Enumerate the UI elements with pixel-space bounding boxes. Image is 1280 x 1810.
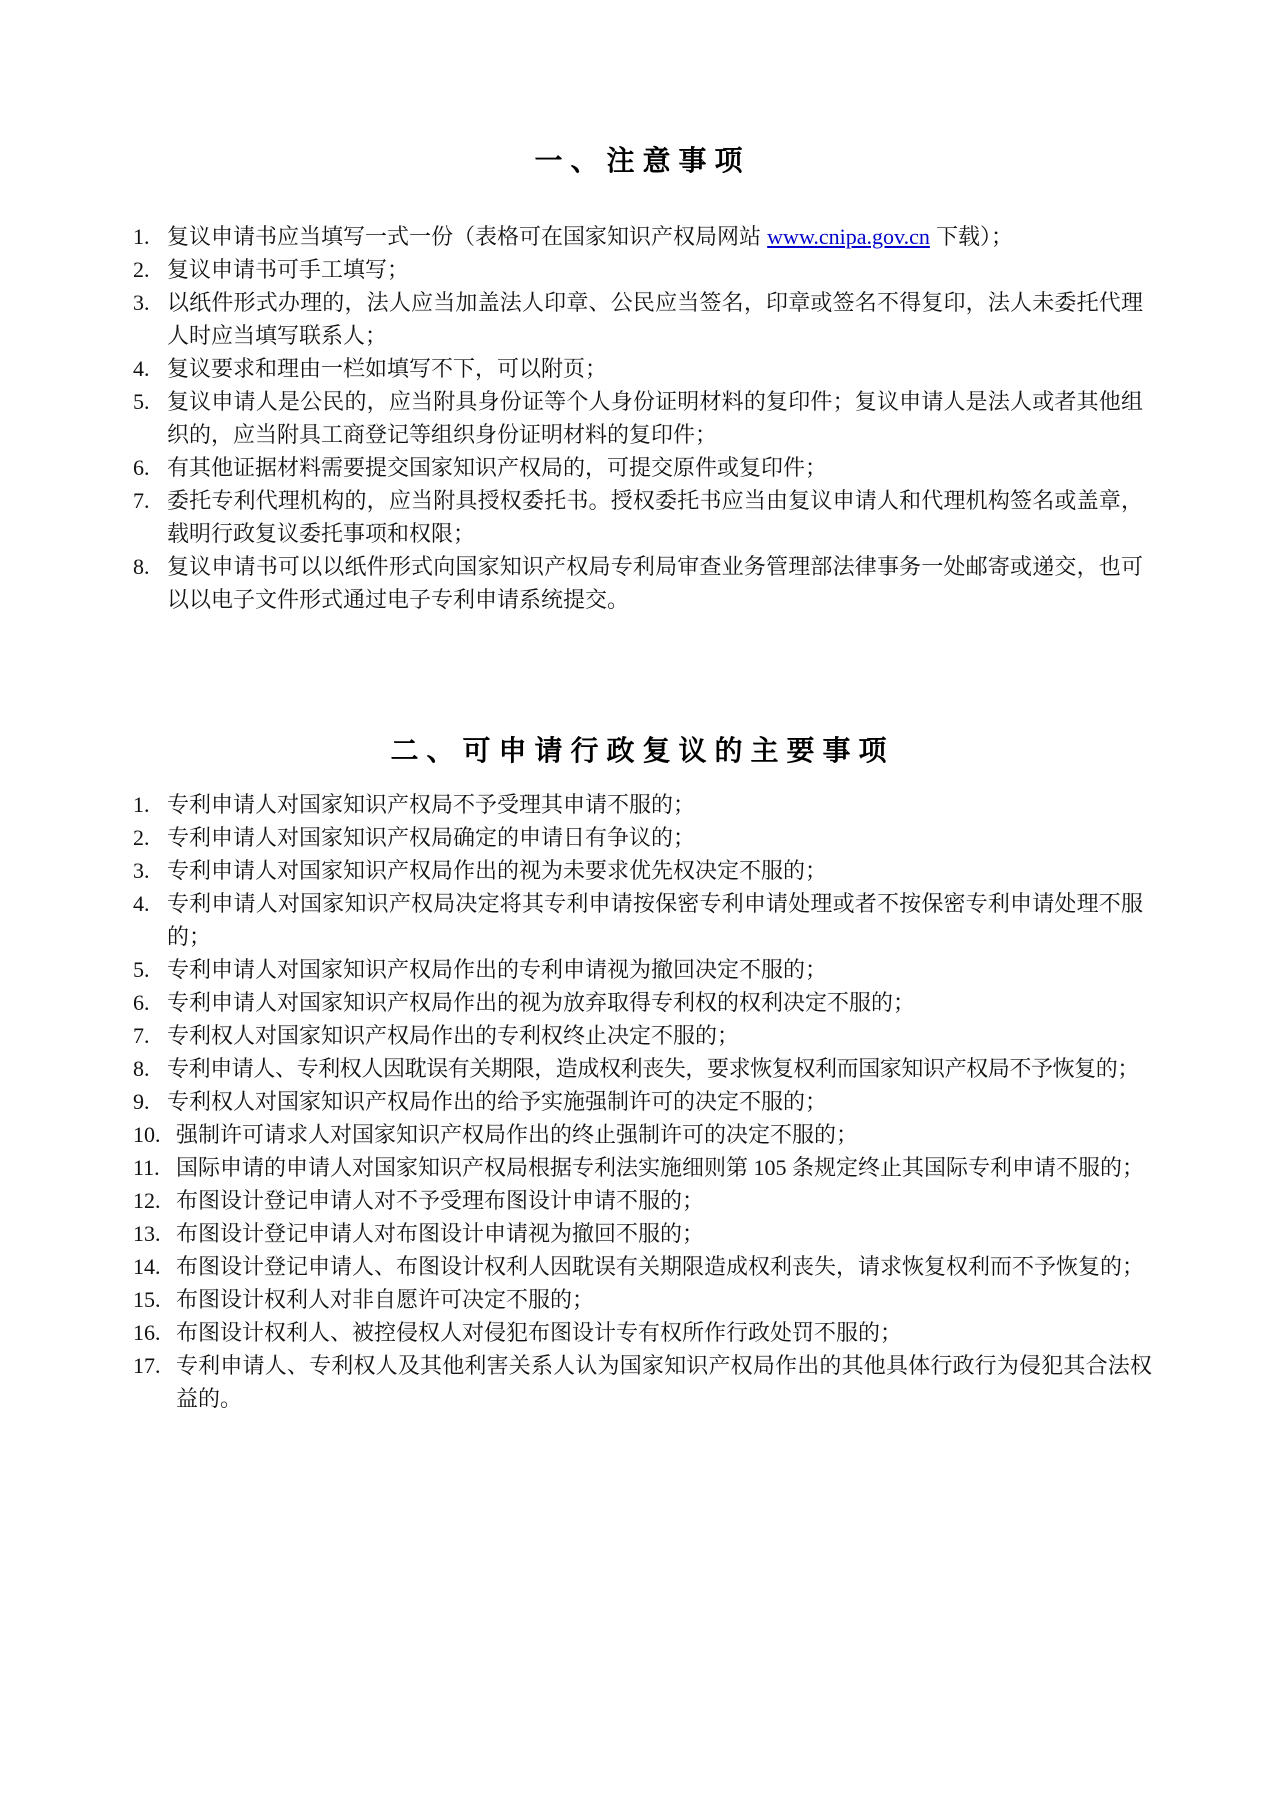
item-number: 5. xyxy=(133,385,167,418)
item-text: 布图设计权利人对非自愿许可决定不服的； xyxy=(176,1283,1152,1316)
list-item: 15. 布图设计权利人对非自愿许可决定不服的； xyxy=(133,1283,1152,1316)
item-text: 专利权人对国家知识产权局作出的专利权终止决定不服的； xyxy=(167,1019,1143,1052)
list-item: 1. 专利申请人对国家知识产权局不予受理其申请不服的； xyxy=(133,788,1152,821)
list-item: 6. 有其他证据材料需要提交国家知识产权局的，可提交原件或复印件； xyxy=(133,451,1152,484)
item-text: 专利申请人、专利权人因耽误有关期限，造成权利丧失，要求恢复权利而国家知识产权局不… xyxy=(167,1052,1143,1085)
list-item: 17. 专利申请人、专利权人及其他利害关系人认为国家知识产权局作出的其他具体行政… xyxy=(133,1349,1152,1415)
item-text: 布图设计登记申请人对不予受理布图设计申请不服的； xyxy=(176,1184,1152,1217)
notes-list: 1. 复议申请书应当填写一式一份（表格可在国家知识产权局网站www.cnipa.… xyxy=(133,220,1152,616)
item-number: 2. xyxy=(133,821,167,854)
item-text: 复议申请书可手工填写； xyxy=(167,253,1143,286)
item-text: 布图设计权利人、被控侵权人对侵犯布图设计专有权所作行政处罚不服的； xyxy=(176,1316,1152,1349)
document-page: 一、注意事项 1. 复议申请书应当填写一式一份（表格可在国家知识产权局网站www… xyxy=(0,0,1280,1810)
item-number: 7. xyxy=(133,1019,167,1052)
item-text: 强制许可请求人对国家知识产权局作出的终止强制许可的决定不服的； xyxy=(176,1118,1152,1151)
list-item: 9. 专利权人对国家知识产权局作出的给予实施强制许可的决定不服的； xyxy=(133,1085,1152,1118)
item-number: 1. xyxy=(133,788,167,821)
item-number: 11. xyxy=(133,1151,176,1184)
list-item: 1. 复议申请书应当填写一式一份（表格可在国家知识产权局网站www.cnipa.… xyxy=(133,220,1152,253)
item-number: 6. xyxy=(133,986,167,1019)
item-number: 7. xyxy=(133,484,167,517)
list-item: 5. 专利申请人对国家知识产权局作出的专利申请视为撤回决定不服的； xyxy=(133,953,1152,986)
item-number: 9. xyxy=(133,1085,167,1118)
item-number: 14. xyxy=(133,1250,176,1283)
item-number: 8. xyxy=(133,550,167,583)
item-text: 专利申请人对国家知识产权局决定将其专利申请按保密专利申请处理或者不按保密专利申请… xyxy=(167,887,1143,953)
item-number: 17. xyxy=(133,1349,176,1382)
item-text: 专利申请人对国家知识产权局作出的视为未要求优先权决定不服的； xyxy=(167,854,1143,887)
item-text: 复议申请书应当填写一式一份（表格可在国家知识产权局网站www.cnipa.gov… xyxy=(167,220,1143,253)
section1-title: 一、注意事项 xyxy=(133,146,1152,176)
item-number: 10. xyxy=(133,1118,176,1151)
list-item: 16. 布图设计权利人、被控侵权人对侵犯布图设计专有权所作行政处罚不服的； xyxy=(133,1316,1152,1349)
item-number: 6. xyxy=(133,451,167,484)
list-item: 8. 专利申请人、专利权人因耽误有关期限，造成权利丧失，要求恢复权利而国家知识产… xyxy=(133,1052,1152,1085)
review-matters-list: 1. 专利申请人对国家知识产权局不予受理其申请不服的； 2. 专利申请人对国家知… xyxy=(133,788,1152,1415)
item-number: 13. xyxy=(133,1217,176,1250)
item-text: 布图设计登记申请人、布图设计权利人因耽误有关期限造成权利丧失，请求恢复权利而不予… xyxy=(176,1250,1152,1283)
list-item: 11. 国际申请的申请人对国家知识产权局根据专利法实施细则第 105 条规定终止… xyxy=(133,1151,1152,1184)
list-item: 2. 复议申请书可手工填写； xyxy=(133,253,1152,286)
item-text: 专利权人对国家知识产权局作出的给予实施强制许可的决定不服的； xyxy=(167,1085,1143,1118)
item-text: 专利申请人对国家知识产权局不予受理其申请不服的； xyxy=(167,788,1143,821)
list-item: 4. 复议要求和理由一栏如填写不下，可以附页； xyxy=(133,352,1152,385)
item-text: 专利申请人对国家知识产权局作出的视为放弃取得专利权的权利决定不服的； xyxy=(167,986,1143,1019)
list-item: 7. 委托专利代理机构的，应当附具授权委托书。授权委托书应当由复议申请人和代理机… xyxy=(133,484,1152,550)
item-text: 国际申请的申请人对国家知识产权局根据专利法实施细则第 105 条规定终止其国际专… xyxy=(176,1151,1152,1184)
list-item: 6. 专利申请人对国家知识产权局作出的视为放弃取得专利权的权利决定不服的； xyxy=(133,986,1152,1019)
item-text: 复议要求和理由一栏如填写不下，可以附页； xyxy=(167,352,1143,385)
item-text: 专利申请人对国家知识产权局确定的申请日有争议的； xyxy=(167,821,1143,854)
item-number: 15. xyxy=(133,1283,176,1316)
item-number: 3. xyxy=(133,854,167,887)
item-text-after-link: 下载）； xyxy=(936,224,1013,249)
item-text: 专利申请人、专利权人及其他利害关系人认为国家知识产权局作出的其他具体行政行为侵犯… xyxy=(176,1349,1152,1415)
item-text: 有其他证据材料需要提交国家知识产权局的，可提交原件或复印件； xyxy=(167,451,1143,484)
item-number: 4. xyxy=(133,887,167,920)
item-text: 委托专利代理机构的，应当附具授权委托书。授权委托书应当由复议申请人和代理机构签名… xyxy=(167,484,1143,550)
list-item: 4. 专利申请人对国家知识产权局决定将其专利申请按保密专利申请处理或者不按保密专… xyxy=(133,887,1152,953)
item-number: 12. xyxy=(133,1184,176,1217)
item-number: 3. xyxy=(133,286,167,319)
list-item: 7. 专利权人对国家知识产权局作出的专利权终止决定不服的； xyxy=(133,1019,1152,1052)
item-number: 16. xyxy=(133,1316,176,1349)
list-item: 3. 专利申请人对国家知识产权局作出的视为未要求优先权决定不服的； xyxy=(133,854,1152,887)
cnipa-website-link[interactable]: www.cnipa.gov.cn xyxy=(767,224,930,249)
item-text: 复议申请人是公民的，应当附具身份证等个人身份证明材料的复印件；复议申请人是法人或… xyxy=(167,385,1143,451)
list-item: 8. 复议申请书可以以纸件形式向国家知识产权局专利局审查业务管理部法律事务一处邮… xyxy=(133,550,1152,616)
item-number: 2. xyxy=(133,253,167,286)
item-number: 4. xyxy=(133,352,167,385)
item-text: 复议申请书可以以纸件形式向国家知识产权局专利局审查业务管理部法律事务一处邮寄或递… xyxy=(167,550,1143,616)
list-item: 12. 布图设计登记申请人对不予受理布图设计申请不服的； xyxy=(133,1184,1152,1217)
list-item: 13. 布图设计登记申请人对布图设计申请视为撤回不服的； xyxy=(133,1217,1152,1250)
item-text: 专利申请人对国家知识产权局作出的专利申请视为撤回决定不服的； xyxy=(167,953,1143,986)
section2-title: 二、可申请行政复议的主要事项 xyxy=(133,736,1152,766)
list-item: 2. 专利申请人对国家知识产权局确定的申请日有争议的； xyxy=(133,821,1152,854)
item-text: 布图设计登记申请人对布图设计申请视为撤回不服的； xyxy=(176,1217,1152,1250)
item-number: 8. xyxy=(133,1052,167,1085)
list-item: 14. 布图设计登记申请人、布图设计权利人因耽误有关期限造成权利丧失，请求恢复权… xyxy=(133,1250,1152,1283)
item-number: 1. xyxy=(133,220,167,253)
list-item: 5. 复议申请人是公民的，应当附具身份证等个人身份证明材料的复印件；复议申请人是… xyxy=(133,385,1152,451)
item-text-before-link: 复议申请书应当填写一式一份（表格可在国家知识产权局网站 xyxy=(167,224,761,249)
item-number: 5. xyxy=(133,953,167,986)
list-item: 3. 以纸件形式办理的，法人应当加盖法人印章、公民应当签名，印章或签名不得复印，… xyxy=(133,286,1152,352)
item-text: 以纸件形式办理的，法人应当加盖法人印章、公民应当签名，印章或签名不得复印，法人未… xyxy=(167,286,1143,352)
list-item: 10. 强制许可请求人对国家知识产权局作出的终止强制许可的决定不服的； xyxy=(133,1118,1152,1151)
